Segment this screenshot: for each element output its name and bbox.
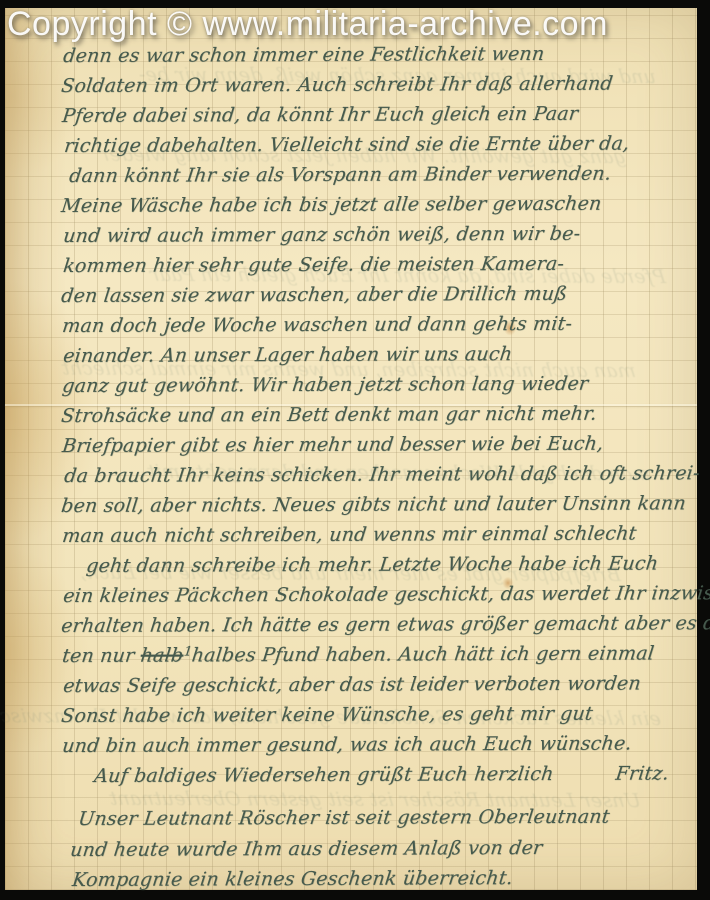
handwritten-line: ein kleines Päckchen Schokolade geschick…: [62, 582, 710, 607]
closing-text: Auf baldiges Wiedersehen grüßt Euch herz…: [93, 763, 555, 787]
handwritten-line: dann könnt Ihr sie als Vorspann am Binde…: [68, 163, 612, 187]
postscript-line: Kompagnie ein kleines Geschenk überreich…: [71, 867, 514, 891]
handwritten-line: Soldaten im Ort waren. Auch schreibt Ihr…: [60, 73, 614, 97]
postscript-line: Unser Leutnant Röscher ist seit gestern …: [77, 806, 611, 830]
line-segment: ten nur: [61, 645, 142, 667]
handwritten-line: da braucht Ihr keins schicken. Ihr meint…: [63, 462, 701, 487]
handwritten-line: und bin auch immer gesund, was ich auch …: [61, 733, 633, 757]
postscript-line: und heute wurde Ihm aus diesem Anlaß von…: [69, 837, 544, 861]
handwritten-line: kommen hier sehr gute Seife. die meisten…: [62, 253, 565, 277]
handwritten-line: Sonst habe ich weiter keine Wünsche, es …: [60, 703, 594, 727]
handwritten-line: geht dann schreibe ich mehr. Letzte Woch…: [85, 553, 660, 577]
handwritten-line: einander. An unser Lager haben wir uns a…: [62, 343, 514, 367]
closing-line: Auf baldiges Wiedersehen grüßt Euch herz…: [93, 762, 670, 787]
handwritten-line: man doch jede Woche waschen und dann geh…: [61, 313, 573, 337]
copyright-watermark: Copyright © www.militaria-archive.com: [7, 5, 608, 44]
handwritten-line: etwas Seife geschickt, aber das ist leid…: [62, 672, 642, 697]
handwriting-layer: denn es war schon immer eine Festlichkei…: [5, 8, 697, 890]
handwritten-line: richtige dabehalten. Vielleicht sind sie…: [63, 133, 631, 157]
handwritten-line: den lassen sie zwar waschen, aber die Dr…: [60, 283, 568, 307]
handwritten-line: man auch nicht schreiben, und wenns mir …: [61, 522, 638, 547]
handwritten-line: Meine Wäsche habe ich bis jetzt alle sel…: [60, 193, 603, 217]
squared-paper: und wird auch immer ganz schön weiß, den…: [5, 8, 697, 890]
strikethrough-word: halb: [139, 644, 184, 666]
line-segment: halbes Pfund haben. Auch hätt ich gern e…: [191, 642, 656, 666]
handwritten-line: erhalten haben. Ich hätte es gern etwas …: [60, 612, 710, 637]
handwritten-line: und wird auch immer ganz schön weiß, den…: [62, 223, 582, 247]
handwritten-line: denn es war schon immer eine Festlichkei…: [62, 43, 546, 67]
handwritten-line: ben soll, aber nichts. Neues gibts nicht…: [60, 492, 687, 517]
scanned-letter-page: und wird auch immer ganz schön weiß, den…: [0, 0, 710, 900]
handwritten-line: Pferde dabei sind, da könnt Ihr Euch gle…: [61, 103, 579, 127]
signature: Fritz.: [614, 762, 670, 784]
handwritten-line: Strohsäcke und an ein Bett denkt man gar…: [60, 403, 598, 427]
handwritten-line-with-correction: ten nur halb1halbes Pfund haben. Auch hä…: [61, 642, 655, 667]
handwritten-line: Briefpapier gibt es hier mehr und besser…: [61, 433, 605, 457]
handwritten-line: ganz gut gewöhnt. Wir haben jetzt schon …: [61, 373, 590, 397]
